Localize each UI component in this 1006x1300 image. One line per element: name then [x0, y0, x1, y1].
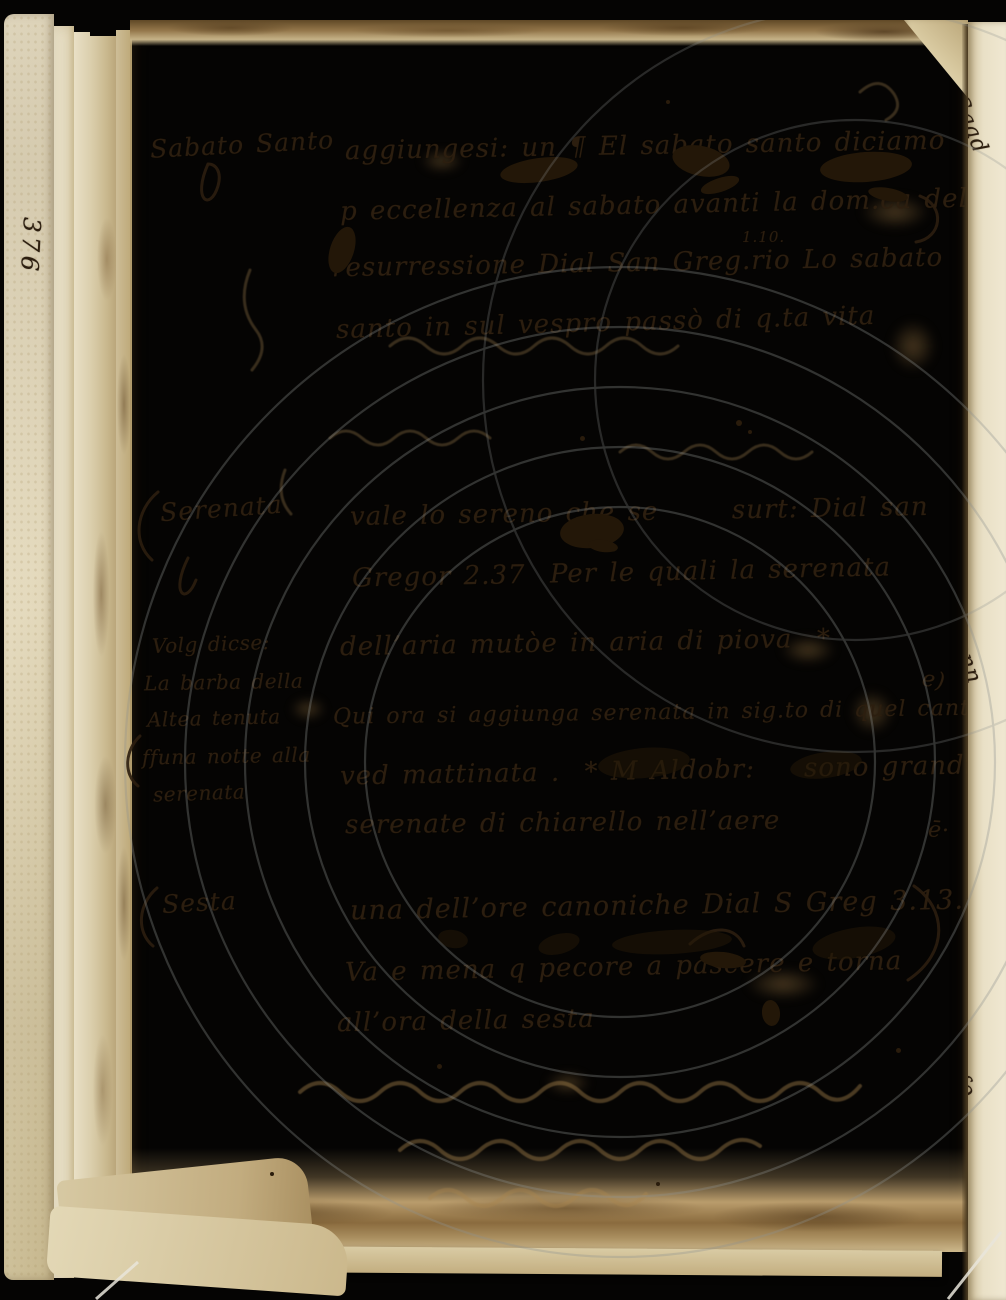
facing-page-fragment: ſo	[968, 1070, 981, 1102]
page-stack-edge	[74, 32, 90, 1276]
entry3-line3: all’ora della sesta	[337, 1004, 595, 1038]
ink-speck	[748, 430, 752, 434]
margin-note-line5: serenata	[153, 779, 246, 806]
entry1-superscript: 1.10.	[742, 228, 785, 246]
torn-top-edge	[130, 20, 968, 46]
ink-speck	[736, 420, 742, 426]
margin-note-line2: La barba della	[144, 669, 304, 696]
ink-speck	[896, 1048, 901, 1053]
ink-speck	[580, 436, 585, 441]
cover-texture	[4, 14, 54, 1280]
spine-folio-number: 376	[15, 217, 46, 276]
book-cover-edge	[4, 14, 54, 1280]
margin-note-line3: Altea tenuta	[147, 704, 281, 731]
manuscript-photo: 376 Sabato Santo aggiungesi: un ¶ El	[0, 0, 1006, 1300]
foxing-stain	[290, 698, 326, 720]
foxing-stain	[545, 1072, 591, 1094]
ink-speck	[656, 1182, 660, 1186]
margin-note-line4: ffuna notte alla	[142, 743, 311, 770]
foxing-stain	[890, 320, 936, 372]
ink-speck	[270, 1172, 274, 1176]
ink-speck	[666, 100, 670, 104]
facing-page-fragment: Sgad	[968, 92, 993, 157]
entry2-line6: serenate di chiarello nell’aere	[345, 806, 781, 841]
margin-note-line1: Volg dicse:	[152, 630, 271, 658]
ink-speck	[437, 1064, 442, 1069]
page-stack-edge-torn	[90, 36, 118, 1276]
margin-mark: ē·	[927, 817, 951, 843]
facing-page-edge: Sgad Senn ſo	[968, 22, 1006, 1300]
margin-mark: e)	[920, 666, 947, 694]
headword-sesta: Sesta	[161, 886, 237, 919]
facing-page-fragment: Senn	[968, 622, 987, 687]
page-stack-edge	[54, 26, 74, 1278]
